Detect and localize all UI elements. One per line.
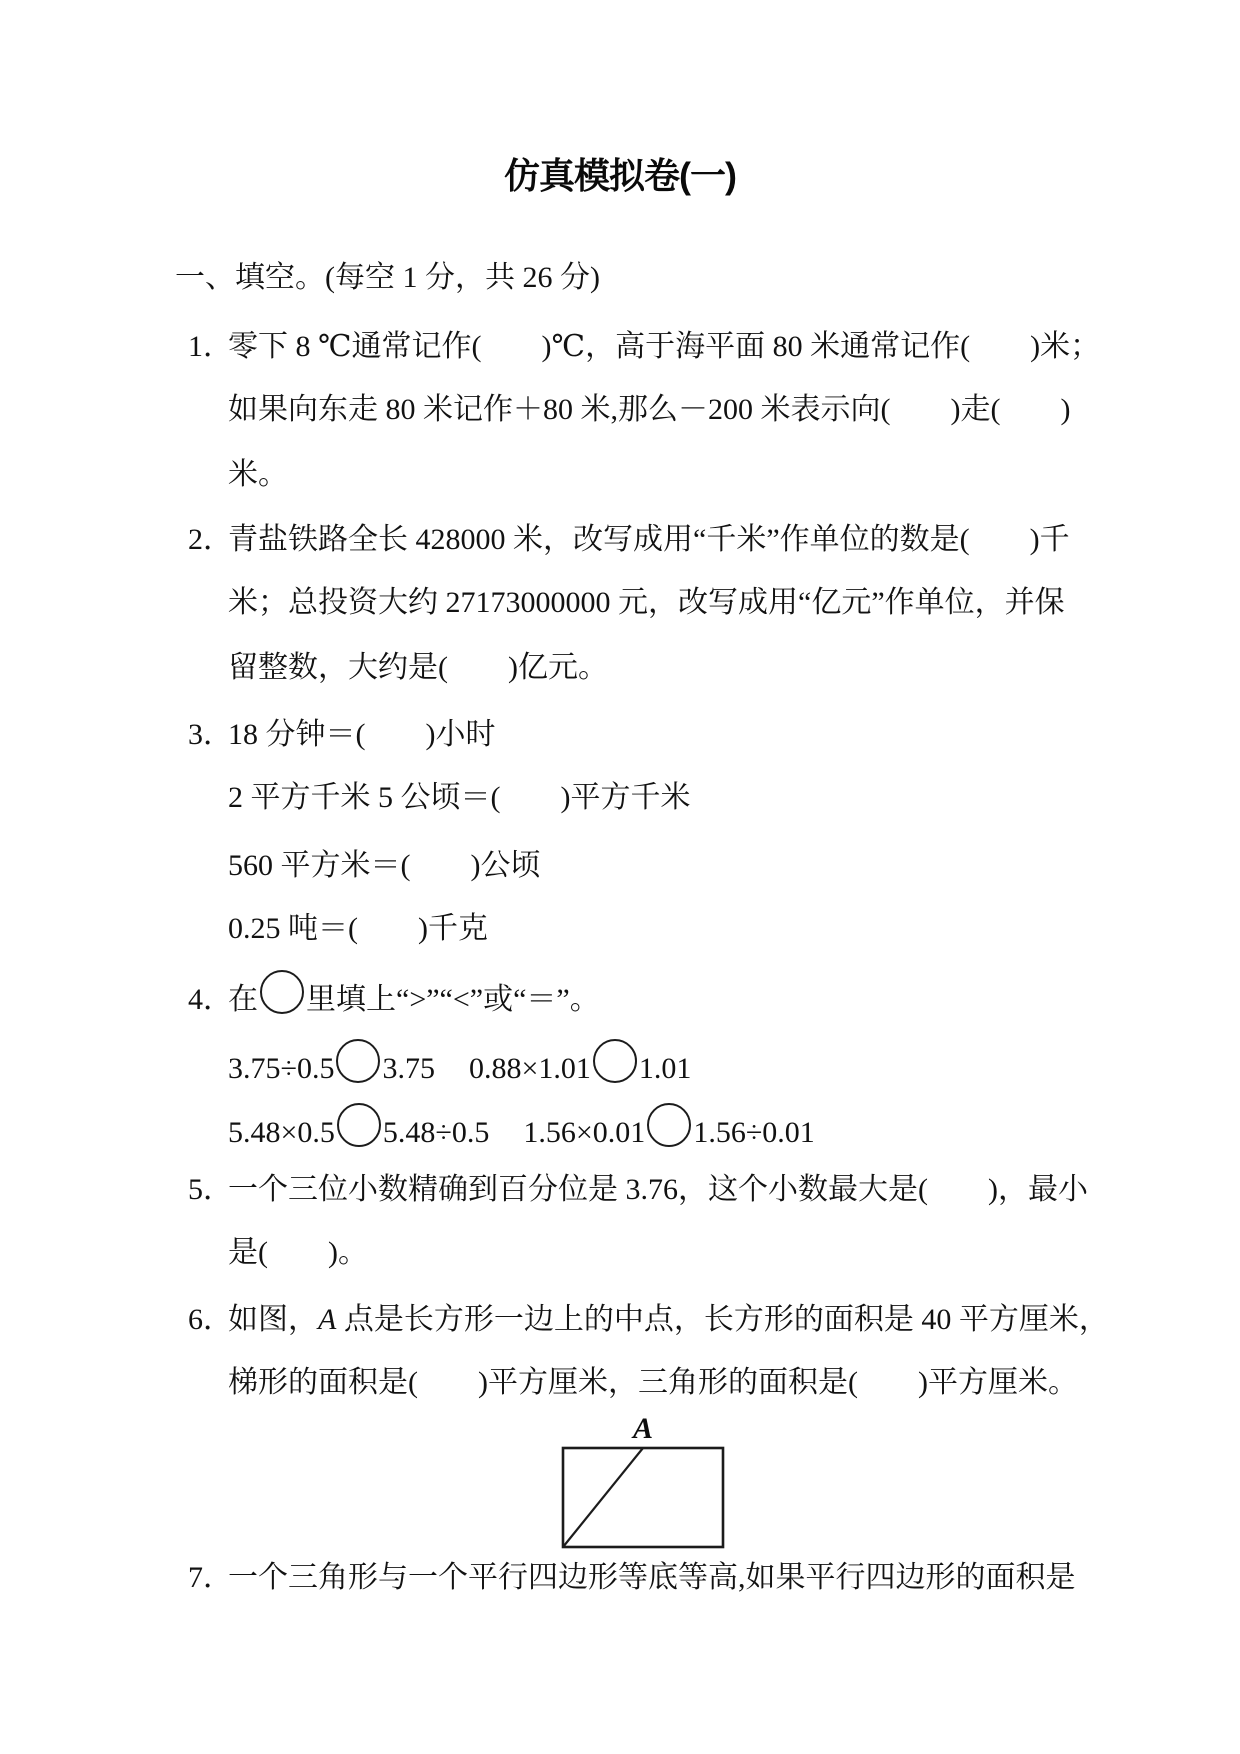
exam-page: 仿真模拟卷(一) 一、填空。(每空 1 分，共 26 分)1．零下 8 ℃通常记… bbox=[0, 0, 1240, 1754]
column-spacer bbox=[435, 1077, 469, 1078]
text-run: 米。 bbox=[228, 458, 288, 491]
text-run: 3.75÷0.5 bbox=[228, 1052, 334, 1085]
section-heading: 一、填空。(每空 1 分，共 26 分) bbox=[0, 246, 1240, 310]
question-6-line-1: 6．如图，A 点是长方形一边上的中点，长方形的面积是 40 平方厘米， bbox=[0, 1288, 1240, 1352]
question-1-line-2: 如果向东走 80 米记作＋80 米,那么－200 米表示向( )走( ) bbox=[0, 378, 1240, 442]
text-run: 青盐铁路全长 428000 米，改写成用“千米”作单位的数是( )千 bbox=[228, 523, 1070, 556]
blank-circle-icon bbox=[337, 1103, 381, 1147]
text-run: 1.01 bbox=[639, 1052, 692, 1085]
line-content: 梯形的面积是( )平方厘米，三角形的面积是( )平方厘米。 bbox=[228, 1351, 1078, 1415]
text-run: 点是长方形一边上的中点，长方形的面积是 40 平方厘米， bbox=[336, 1303, 1109, 1336]
text-run: 1.56÷0.01 bbox=[693, 1116, 814, 1149]
text-run: 一个三角形与一个平行四边形等底等高,如果平行四边形的面积是 bbox=[228, 1561, 1076, 1594]
figure-point-label: A bbox=[561, 1412, 725, 1446]
line-content: 5.48×0.55.48÷0.51.56×0.011.56÷0.01 bbox=[228, 1101, 815, 1165]
text-run: 零下 8 ℃通常记作( )℃，高于海平面 80 米通常记作( )米； bbox=[228, 330, 1100, 363]
blank-circle-icon bbox=[260, 970, 304, 1014]
text-run: 5.48×0.5 bbox=[228, 1116, 335, 1149]
line-content: 一、填空。(每空 1 分，共 26 分) bbox=[175, 246, 600, 310]
text-run: 如果向东走 80 米记作＋80 米,那么－200 米表示向( )走( ) bbox=[228, 393, 1070, 426]
question-7-number: 7． bbox=[188, 1546, 233, 1610]
question-2-line-2: 米；总投资大约 27173000000 元，改写成用“亿元”作单位，并保 bbox=[0, 571, 1240, 635]
page-title: 仿真模拟卷(一) bbox=[0, 148, 1240, 199]
text-run: 560 平方米＝( )公顷 bbox=[228, 849, 540, 882]
line-content: 留整数，大约是( )亿元。 bbox=[228, 636, 608, 700]
question-6-number: 6． bbox=[188, 1288, 233, 1352]
question-2-line-3: 留整数，大约是( )亿元。 bbox=[0, 636, 1240, 700]
column-spacer bbox=[489, 1141, 523, 1142]
question-2-line-1: 2．青盐铁路全长 428000 米，改写成用“千米”作单位的数是( )千 bbox=[0, 508, 1240, 572]
text-run: 5.48÷0.5 bbox=[383, 1116, 489, 1149]
text-run: 里填上“>”“<”或“＝”。 bbox=[306, 983, 600, 1016]
line-content: 在里填上“>”“<”或“＝”。 bbox=[228, 968, 600, 1032]
question-3-line-2: 2 平方千米 5 公顷＝( )平方千米 bbox=[0, 766, 1240, 830]
line-content: 如图，A 点是长方形一边上的中点，长方形的面积是 40 平方厘米， bbox=[228, 1288, 1109, 1352]
question-1-number: 1． bbox=[188, 315, 233, 379]
text-run: 18 分钟＝( )小时 bbox=[228, 718, 495, 751]
question-6-figure: A bbox=[561, 1412, 725, 1549]
question-3-line-3: 560 平方米＝( )公顷 bbox=[0, 834, 1240, 898]
question-3-line-1: 3．18 分钟＝( )小时 bbox=[0, 703, 1240, 767]
rectangle-diagram bbox=[561, 1446, 725, 1549]
question-4-line-3: 5.48×0.55.48÷0.51.56×0.011.56÷0.01 bbox=[0, 1101, 1240, 1165]
line-content: 一个三角形与一个平行四边形等底等高,如果平行四边形的面积是 bbox=[228, 1546, 1076, 1610]
question-4-number: 4． bbox=[188, 968, 233, 1032]
line-content: 3.75÷0.53.750.88×1.011.01 bbox=[228, 1037, 691, 1101]
line-content: 如果向东走 80 米记作＋80 米,那么－200 米表示向( )走( ) bbox=[228, 378, 1070, 442]
line-content: 0.25 吨＝( )千克 bbox=[228, 897, 488, 961]
question-5-line-1: 5．一个三位小数精确到百分位是 3.76，这个小数最大是( )，最小 bbox=[0, 1158, 1240, 1222]
question-1-line-1: 1．零下 8 ℃通常记作( )℃，高于海平面 80 米通常记作( )米； bbox=[0, 315, 1240, 379]
diagonal-line bbox=[563, 1448, 643, 1547]
blank-circle-icon bbox=[336, 1039, 380, 1083]
rectangle-shape bbox=[563, 1448, 723, 1547]
question-4-line-2: 3.75÷0.53.750.88×1.011.01 bbox=[0, 1037, 1240, 1101]
line-content: 米；总投资大约 27173000000 元，改写成用“亿元”作单位，并保 bbox=[228, 571, 1065, 635]
text-run: 是( )。 bbox=[228, 1236, 368, 1269]
text-run: 3.75 bbox=[382, 1052, 435, 1085]
text-run: 一个三位小数精确到百分位是 3.76，这个小数最大是( )，最小 bbox=[228, 1173, 1088, 1206]
question-7-line-1: 7．一个三角形与一个平行四边形等底等高,如果平行四边形的面积是 bbox=[0, 1546, 1240, 1610]
question-2-number: 2． bbox=[188, 508, 233, 572]
line-content: 零下 8 ℃通常记作( )℃，高于海平面 80 米通常记作( )米； bbox=[228, 315, 1100, 379]
line-content: 2 平方千米 5 公顷＝( )平方千米 bbox=[228, 766, 690, 830]
line-content: 青盐铁路全长 428000 米，改写成用“千米”作单位的数是( )千 bbox=[228, 508, 1070, 572]
line-content: 560 平方米＝( )公顷 bbox=[228, 834, 540, 898]
question-1-line-3: 米。 bbox=[0, 443, 1240, 507]
blank-circle-icon bbox=[647, 1103, 691, 1147]
line-content: 一个三位小数精确到百分位是 3.76，这个小数最大是( )，最小 bbox=[228, 1158, 1088, 1222]
italic-point-label: A bbox=[318, 1303, 336, 1336]
text-run: 留整数，大约是( )亿元。 bbox=[228, 651, 608, 684]
line-content: 是( )。 bbox=[228, 1221, 368, 1285]
question-5-line-2: 是( )。 bbox=[0, 1221, 1240, 1285]
question-4-line-1: 4．在里填上“>”“<”或“＝”。 bbox=[0, 968, 1240, 1032]
text-run: 0.88×1.01 bbox=[469, 1052, 591, 1085]
text-run: 梯形的面积是( )平方厘米，三角形的面积是( )平方厘米。 bbox=[228, 1366, 1078, 1399]
text-run: 一、填空。(每空 1 分，共 26 分) bbox=[175, 261, 600, 294]
text-run: 1.56×0.01 bbox=[523, 1116, 645, 1149]
text-run: 米；总投资大约 27173000000 元，改写成用“亿元”作单位，并保 bbox=[228, 586, 1065, 619]
text-run: 2 平方千米 5 公顷＝( )平方千米 bbox=[228, 781, 690, 814]
question-6-line-2: 梯形的面积是( )平方厘米，三角形的面积是( )平方厘米。 bbox=[0, 1351, 1240, 1415]
line-content: 18 分钟＝( )小时 bbox=[228, 703, 495, 767]
line-content: 米。 bbox=[228, 443, 288, 507]
blank-circle-icon bbox=[593, 1039, 637, 1083]
question-3-line-4: 0.25 吨＝( )千克 bbox=[0, 897, 1240, 961]
question-5-number: 5． bbox=[188, 1158, 233, 1222]
text-run: 0.25 吨＝( )千克 bbox=[228, 912, 488, 945]
question-3-number: 3． bbox=[188, 703, 233, 767]
text-run: 如图， bbox=[228, 1303, 318, 1336]
text-run: 在 bbox=[228, 983, 258, 1016]
